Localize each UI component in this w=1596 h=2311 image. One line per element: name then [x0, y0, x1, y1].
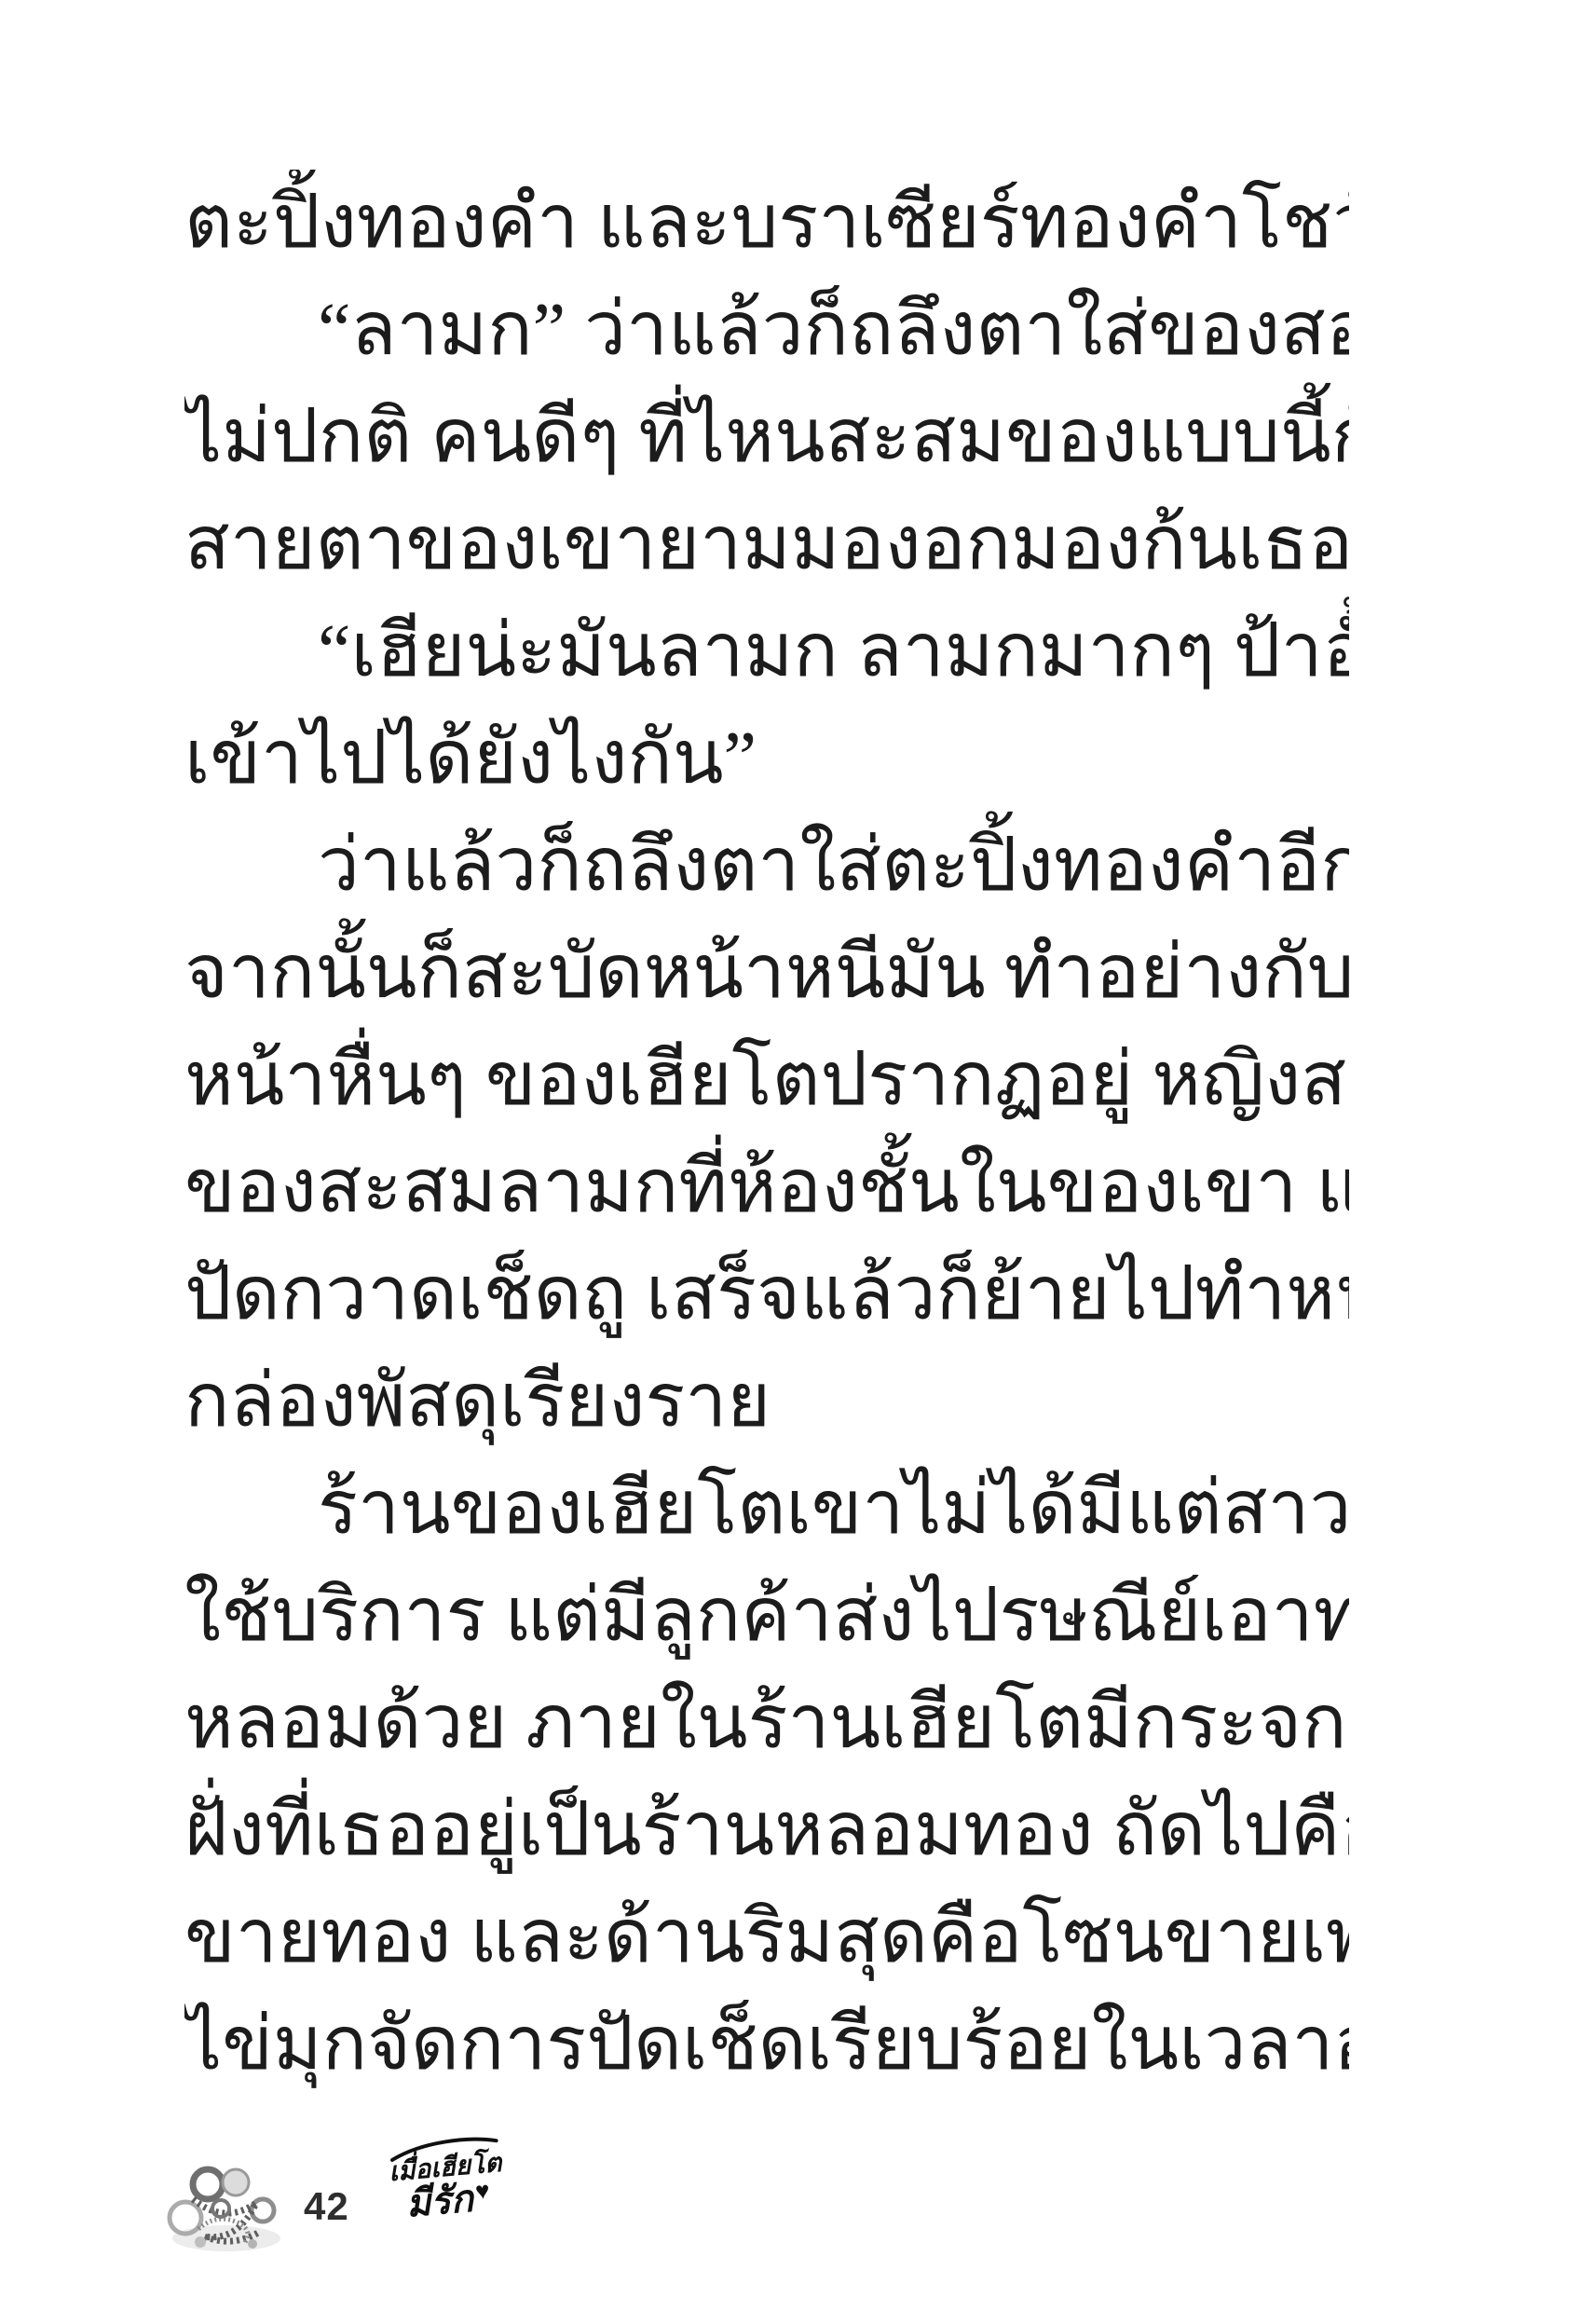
text-line: หลอมด้วย ภายในร้านเฮียโตมีกระจกกั้นสองฝั… [184, 1670, 1349, 1777]
text-line: จากนั้นก็สะบัดหน้าหนีมัน ทำอย่างกับสิ่งน… [184, 920, 1349, 1027]
text-line: ขายทอง และด้านริมสุดคือโซนขายเพชรพลอย [184, 1884, 1349, 1991]
body-text: ตะปิ้งทองคำ และบราเซียร์ทองคำโชว์อยู่บนห… [184, 170, 1349, 2099]
text-line: ปัดกวาดเช็ดถู เสร็จแล้วก็ย้ายไปทำหน้าร้า… [184, 1241, 1349, 1348]
text-line: กล่องพัสดุเรียงราย [184, 1348, 1349, 1456]
logo-title-line2-text: มีรัก [404, 2178, 475, 2225]
text-line: หน้าหื่นๆ ของเฮียโตปรากฏอยู่ หญิงสาวเชิด… [184, 1027, 1349, 1134]
book-page: ตะปิ้งทองคำ และบราเซียร์ทองคำโชว์อยู่บนห… [0, 0, 1596, 2311]
logo-title-line2: มีรัก♥ [386, 2177, 510, 2226]
text-line: ใช้บริการ แต่มีลูกค้าส่งไปรษณีย์เอาทองมา… [184, 1563, 1349, 1670]
text-line: เข้าไปได้ยังไงกัน” [184, 705, 1349, 813]
jewelry-pile-photo [167, 2164, 286, 2253]
text-line: “ลามก” ว่าแล้วก็ถลึงตาใส่ของสองชิ้นนั้น [184, 277, 1349, 384]
book-title-logo: เมื่อเฮียโต มีรัก♥ [382, 2133, 510, 2226]
text-line: ฝั่งที่เธออยู่เป็นร้านหลอมทอง ถัดไปคือร้… [184, 1777, 1349, 1884]
text-line: ตะปิ้งทองคำ และบราเซียร์ทองคำโชว์อยู่บนห… [184, 170, 1349, 277]
text-line: ว่าแล้วก็ถลึงตาใส่ตะปิ้งทองคำอีกครั้ง [184, 813, 1349, 920]
page-number: 42 [304, 2184, 349, 2229]
heart-icon: ♥ [474, 2177, 491, 2205]
text-line: ไม่ปกติ คนดีๆ ที่ไหนสะสมของแบบนี้กัน ยิ่… [184, 384, 1349, 491]
text-line: สายตาของเขายามมองอกมองก้นเธอก็ขนลุก [184, 491, 1349, 598]
text-line: ร้านของเฮียโตเขาไม่ได้มีแต่สาวๆ ต่อคิว [184, 1456, 1349, 1563]
text-line: “เฮียน่ะมันลามก ลามกมากๆ ป้าอั้มไว้ใจเฮี… [184, 598, 1349, 705]
jewelry-pile-illustration [167, 2164, 286, 2253]
text-line: ไข่มุกจัดการปัดเช็ดเรียบร้อยในเวลาอันรวด… [184, 1991, 1349, 2099]
text-line: ของสะสมลามกที่ห้องชั้นในของเขา แล้วรีบ [184, 1134, 1349, 1241]
